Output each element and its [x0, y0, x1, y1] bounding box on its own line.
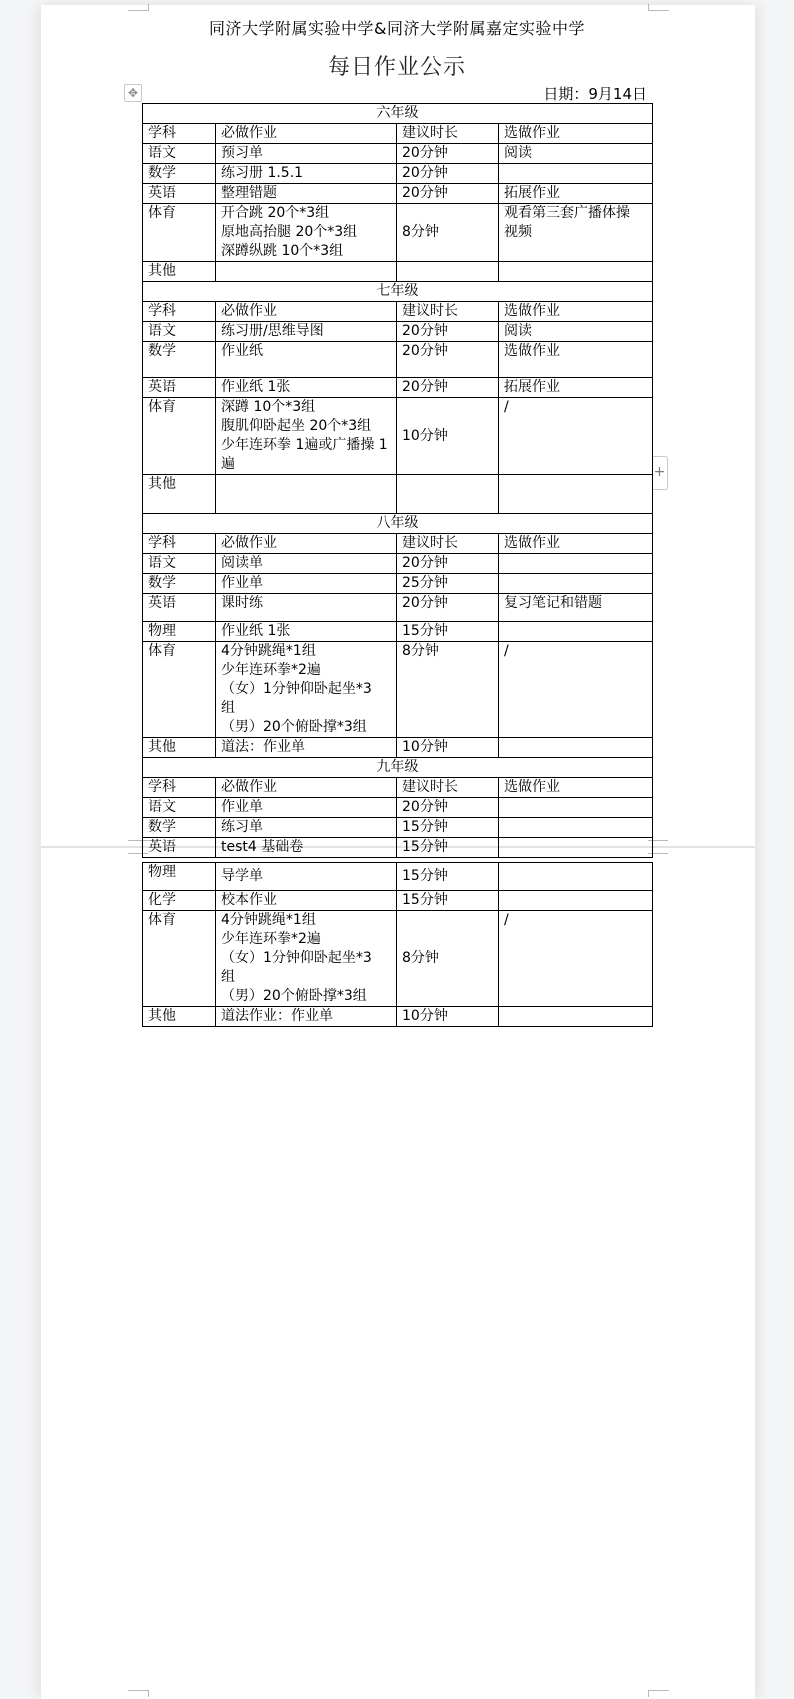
required-homework-line: 导学单: [221, 867, 391, 886]
duration-cell[interactable]: 8分钟: [397, 642, 499, 738]
duration-cell[interactable]: 20分钟: [397, 164, 499, 184]
optional-homework-cell[interactable]: 复习笔记和错题: [499, 594, 653, 622]
optional-homework-cell[interactable]: [499, 1007, 653, 1027]
column-header-row: 学科必做作业建议时长选做作业: [143, 302, 653, 322]
homework-table-continued: 物理导学单15分钟化学校本作业15分钟体育4分钟跳绳*1组少年连环拳*2遍（女）…: [142, 862, 653, 1027]
required-homework-line: 4分钟跳绳*1组: [221, 642, 391, 661]
header-optional[interactable]: 选做作业: [499, 778, 653, 798]
required-homework-line: 少年连环拳*2遍: [221, 661, 391, 680]
header-optional[interactable]: 选做作业: [499, 302, 653, 322]
duration-cell[interactable]: 10分钟: [397, 1007, 499, 1027]
margin-corner-mark: [128, 1690, 149, 1697]
header-subject[interactable]: 学科: [143, 124, 216, 144]
required-homework-cell[interactable]: test4 基础卷: [216, 838, 397, 858]
optional-homework-cell[interactable]: /: [499, 911, 653, 1007]
header-duration[interactable]: 建议时长: [397, 124, 499, 144]
required-homework-line: 练习册 1.5.1: [221, 164, 391, 183]
subject-cell[interactable]: 数学: [143, 574, 216, 594]
optional-homework-cell[interactable]: [499, 738, 653, 758]
grade-title[interactable]: 九年级: [143, 758, 653, 778]
required-homework-line: 阅读单: [221, 554, 391, 573]
optional-homework-cell[interactable]: 拓展作业: [499, 184, 653, 204]
optional-homework-line: 选做作业: [504, 342, 647, 361]
required-homework-cell[interactable]: 4分钟跳绳*1组少年连环拳*2遍（女）1分钟仰卧起坐*3组（男）20个俯卧撑*3…: [216, 911, 397, 1007]
margin-corner-mark: [648, 4, 669, 11]
optional-homework-cell[interactable]: [499, 475, 653, 514]
table-move-handle-icon[interactable]: ✥: [124, 84, 142, 102]
subject-cell[interactable]: 语文: [143, 798, 216, 818]
required-homework-line: 作业单: [221, 798, 391, 817]
page-title: 每日作业公示: [0, 50, 794, 81]
required-homework-cell[interactable]: [216, 475, 397, 514]
optional-homework-line: 视频: [504, 223, 647, 242]
duration-cell[interactable]: 15分钟: [397, 838, 499, 858]
required-homework-line: 少年连环拳*2遍: [221, 930, 391, 949]
duration-cell[interactable]: 20分钟: [397, 798, 499, 818]
required-homework-cell[interactable]: 导学单: [216, 863, 397, 891]
required-homework-cell[interactable]: 作业纸 1张: [216, 378, 397, 398]
table-row: 体育4分钟跳绳*1组少年连环拳*2遍（女）1分钟仰卧起坐*3组（男）20个俯卧撑…: [143, 642, 653, 738]
optional-homework-cell[interactable]: [499, 574, 653, 594]
subject-cell[interactable]: 体育: [143, 204, 216, 262]
duration-cell[interactable]: [397, 475, 499, 514]
optional-homework-line: 阅读: [504, 144, 647, 163]
required-homework-cell[interactable]: 作业单: [216, 574, 397, 594]
header-duration[interactable]: 建议时长: [397, 778, 499, 798]
header-duration[interactable]: 建议时长: [397, 302, 499, 322]
required-homework-cell[interactable]: 作业纸 1张: [216, 622, 397, 642]
subject-cell[interactable]: 体育: [143, 642, 216, 738]
duration-cell[interactable]: 10分钟: [397, 398, 499, 475]
required-homework-line: 练习单: [221, 818, 391, 837]
required-homework-line: 整理错题: [221, 184, 391, 203]
header-subject[interactable]: 学科: [143, 534, 216, 554]
optional-homework-cell[interactable]: 阅读: [499, 322, 653, 342]
duration-cell[interactable]: 8分钟: [397, 911, 499, 1007]
required-homework-line: 少年连环拳 1遍或广播操 1: [221, 436, 391, 455]
table-row: 其他道法作业：作业单10分钟: [143, 1007, 653, 1027]
grade-title[interactable]: 八年级: [143, 514, 653, 534]
header-required[interactable]: 必做作业: [216, 124, 397, 144]
table-row: 语文作业单20分钟: [143, 798, 653, 818]
required-homework-line: 开合跳 20个*3组: [221, 204, 391, 223]
header-subject[interactable]: 学科: [143, 778, 216, 798]
subject-cell[interactable]: 英语: [143, 378, 216, 398]
duration-cell[interactable]: 20分钟: [397, 342, 499, 378]
optional-homework-line: 拓展作业: [504, 184, 647, 203]
subject-cell[interactable]: 英语: [143, 594, 216, 622]
table-row: 物理导学单15分钟: [143, 863, 653, 891]
required-homework-line: test4 基础卷: [221, 838, 391, 857]
table-row: 数学练习册 1.5.120分钟: [143, 164, 653, 184]
optional-homework-line: 拓展作业: [504, 378, 647, 397]
subject-cell[interactable]: 英语: [143, 838, 216, 858]
subject-cell[interactable]: 其他: [143, 262, 216, 282]
optional-homework-cell[interactable]: [499, 164, 653, 184]
required-homework-line: 遍: [221, 455, 391, 474]
required-homework-cell[interactable]: 整理错题: [216, 184, 397, 204]
required-homework-line: （男）20个俯卧撑*3组: [221, 987, 391, 1006]
required-homework-cell[interactable]: 预习单: [216, 144, 397, 164]
duration-cell[interactable]: 15分钟: [397, 818, 499, 838]
table-row: 数学练习单15分钟: [143, 818, 653, 838]
table-row: 语文练习册/思维导图20分钟阅读: [143, 322, 653, 342]
grade-header-row: 七年级: [143, 282, 653, 302]
optional-homework-cell[interactable]: 阅读: [499, 144, 653, 164]
header-required[interactable]: 必做作业: [216, 778, 397, 798]
table-row: 数学作业单25分钟: [143, 574, 653, 594]
optional-homework-line: 观看第三套广播体操: [504, 204, 647, 223]
column-header-row: 学科必做作业建议时长选做作业: [143, 534, 653, 554]
required-homework-line: （男）20个俯卧撑*3组: [221, 718, 391, 737]
duration-cell[interactable]: 20分钟: [397, 184, 499, 204]
grade-header-row: 九年级: [143, 758, 653, 778]
subject-cell[interactable]: 其他: [143, 475, 216, 514]
optional-homework-cell[interactable]: [499, 622, 653, 642]
optional-homework-cell[interactable]: 拓展作业: [499, 378, 653, 398]
required-homework-cell[interactable]: 校本作业: [216, 891, 397, 911]
optional-homework-line: /: [504, 911, 647, 930]
required-homework-cell[interactable]: [216, 262, 397, 282]
required-homework-line: （女）1分钟仰卧起坐*3: [221, 949, 391, 968]
required-homework-line: 练习册/思维导图: [221, 322, 391, 341]
subject-cell[interactable]: 语文: [143, 144, 216, 164]
required-homework-cell[interactable]: 作业纸: [216, 342, 397, 378]
duration-cell[interactable]: 15分钟: [397, 622, 499, 642]
subject-cell[interactable]: 其他: [143, 738, 216, 758]
required-homework-line: 预习单: [221, 144, 391, 163]
required-homework-line: 深蹲 10个*3组: [221, 398, 391, 417]
optional-homework-cell[interactable]: [499, 262, 653, 282]
subject-cell[interactable]: 英语: [143, 184, 216, 204]
required-homework-line: 校本作业: [221, 891, 391, 910]
grade-header-row: 八年级: [143, 514, 653, 534]
optional-homework-cell[interactable]: /: [499, 642, 653, 738]
date-label: 日期：9月14日: [543, 83, 647, 104]
optional-homework-line: /: [504, 642, 647, 661]
subject-cell[interactable]: 体育: [143, 398, 216, 475]
table-row: 语文阅读单20分钟: [143, 554, 653, 574]
margin-corner-mark: [648, 1690, 669, 1697]
required-homework-line: 腹肌仰卧起坐 20个*3组: [221, 417, 391, 436]
table-row: 英语test4 基础卷15分钟: [143, 838, 653, 858]
optional-homework-cell[interactable]: 选做作业: [499, 342, 653, 378]
optional-homework-cell[interactable]: [499, 863, 653, 891]
subject-cell[interactable]: 物理: [143, 863, 216, 891]
required-homework-cell[interactable]: 练习册/思维导图: [216, 322, 397, 342]
subject-cell[interactable]: 语文: [143, 554, 216, 574]
duration-cell[interactable]: 20分钟: [397, 554, 499, 574]
required-homework-cell[interactable]: 课时练: [216, 594, 397, 622]
table-row: 体育深蹲 10个*3组腹肌仰卧起坐 20个*3组少年连环拳 1遍或广播操 1遍1…: [143, 398, 653, 475]
table-row: 化学校本作业15分钟: [143, 891, 653, 911]
subject-cell[interactable]: 体育: [143, 911, 216, 1007]
table-row: 英语整理错题20分钟拓展作业: [143, 184, 653, 204]
duration-cell[interactable]: 20分钟: [397, 322, 499, 342]
required-homework-cell[interactable]: 练习册 1.5.1: [216, 164, 397, 184]
optional-homework-cell[interactable]: /: [499, 398, 653, 475]
required-homework-cell[interactable]: 开合跳 20个*3组原地高抬腿 20个*3组深蹲纵跳 10个*3组: [216, 204, 397, 262]
header-optional[interactable]: 选做作业: [499, 124, 653, 144]
duration-cell[interactable]: 20分钟: [397, 144, 499, 164]
header-required[interactable]: 必做作业: [216, 302, 397, 322]
table-row: 体育开合跳 20个*3组原地高抬腿 20个*3组深蹲纵跳 10个*3组8分钟观看…: [143, 204, 653, 262]
required-homework-line: 原地高抬腿 20个*3组: [221, 223, 391, 242]
table-row: 体育4分钟跳绳*1组少年连环拳*2遍（女）1分钟仰卧起坐*3组（男）20个俯卧撑…: [143, 911, 653, 1007]
grade-title[interactable]: 七年级: [143, 282, 653, 302]
duration-cell[interactable]: 15分钟: [397, 863, 499, 891]
required-homework-line: 道法作业：作业单: [221, 1007, 391, 1026]
duration-cell[interactable]: 20分钟: [397, 378, 499, 398]
optional-homework-line: 阅读: [504, 322, 647, 341]
header-subject[interactable]: 学科: [143, 302, 216, 322]
duration-cell[interactable]: 25分钟: [397, 574, 499, 594]
subject-cell[interactable]: 数学: [143, 818, 216, 838]
required-homework-line: 作业单: [221, 574, 391, 593]
table-row: 语文预习单20分钟阅读: [143, 144, 653, 164]
subject-cell[interactable]: 其他: [143, 1007, 216, 1027]
optional-homework-line: 复习笔记和错题: [504, 594, 647, 613]
required-homework-line: 作业纸: [221, 342, 391, 361]
add-row-button[interactable]: +: [652, 456, 668, 490]
header-duration[interactable]: 建议时长: [397, 534, 499, 554]
table-row: 英语作业纸 1张20分钟拓展作业: [143, 378, 653, 398]
required-homework-line: 道法：作业单: [221, 738, 391, 757]
table-row: 数学作业纸20分钟选做作业: [143, 342, 653, 378]
column-header-row: 学科必做作业建议时长选做作业: [143, 778, 653, 798]
optional-homework-cell[interactable]: 观看第三套广播体操视频: [499, 204, 653, 262]
required-homework-line: 作业纸 1张: [221, 378, 391, 397]
subject-cell[interactable]: 物理: [143, 622, 216, 642]
required-homework-cell[interactable]: 道法作业：作业单: [216, 1007, 397, 1027]
duration-cell[interactable]: 15分钟: [397, 891, 499, 911]
required-homework-line: 深蹲纵跳 10个*3组: [221, 242, 391, 261]
required-homework-line: 组: [221, 699, 391, 718]
required-homework-line: 4分钟跳绳*1组: [221, 911, 391, 930]
duration-cell[interactable]: [397, 262, 499, 282]
required-homework-line: 作业纸 1张: [221, 622, 391, 641]
optional-homework-line: /: [504, 398, 647, 417]
required-homework-line: 组: [221, 968, 391, 987]
subject-cell[interactable]: 化学: [143, 891, 216, 911]
margin-corner-mark: [128, 4, 149, 11]
subject-cell[interactable]: 语文: [143, 322, 216, 342]
school-name: 同济大学附属实验中学&同济大学附属嘉定实验中学: [0, 16, 794, 39]
table-row: 物理作业纸 1张15分钟: [143, 622, 653, 642]
optional-homework-cell[interactable]: [499, 818, 653, 838]
optional-homework-cell[interactable]: [499, 798, 653, 818]
duration-cell[interactable]: 20分钟: [397, 594, 499, 622]
optional-homework-cell[interactable]: [499, 891, 653, 911]
grade-title[interactable]: 六年级: [143, 104, 653, 124]
required-homework-cell[interactable]: 道法：作业单: [216, 738, 397, 758]
duration-cell[interactable]: 10分钟: [397, 738, 499, 758]
required-homework-cell[interactable]: 深蹲 10个*3组腹肌仰卧起坐 20个*3组少年连环拳 1遍或广播操 1遍: [216, 398, 397, 475]
table-row: 英语课时练20分钟复习笔记和错题: [143, 594, 653, 622]
required-homework-cell[interactable]: 练习单: [216, 818, 397, 838]
table-row: 其他道法：作业单10分钟: [143, 738, 653, 758]
column-header-row: 学科必做作业建议时长选做作业: [143, 124, 653, 144]
required-homework-line: （女）1分钟仰卧起坐*3: [221, 680, 391, 699]
subject-cell[interactable]: 数学: [143, 342, 216, 378]
optional-homework-cell[interactable]: [499, 554, 653, 574]
grade-header-row: 六年级: [143, 104, 653, 124]
required-homework-cell[interactable]: 作业单: [216, 798, 397, 818]
optional-homework-cell[interactable]: [499, 838, 653, 858]
required-homework-cell[interactable]: 阅读单: [216, 554, 397, 574]
header-optional[interactable]: 选做作业: [499, 534, 653, 554]
required-homework-cell[interactable]: 4分钟跳绳*1组少年连环拳*2遍（女）1分钟仰卧起坐*3组（男）20个俯卧撑*3…: [216, 642, 397, 738]
required-homework-line: 课时练: [221, 594, 391, 613]
table-row: 其他: [143, 475, 653, 514]
subject-cell[interactable]: 数学: [143, 164, 216, 184]
homework-table: 六年级学科必做作业建议时长选做作业语文预习单20分钟阅读数学练习册 1.5.12…: [142, 103, 653, 858]
duration-cell[interactable]: 8分钟: [397, 204, 499, 262]
header-required[interactable]: 必做作业: [216, 534, 397, 554]
table-row: 其他: [143, 262, 653, 282]
